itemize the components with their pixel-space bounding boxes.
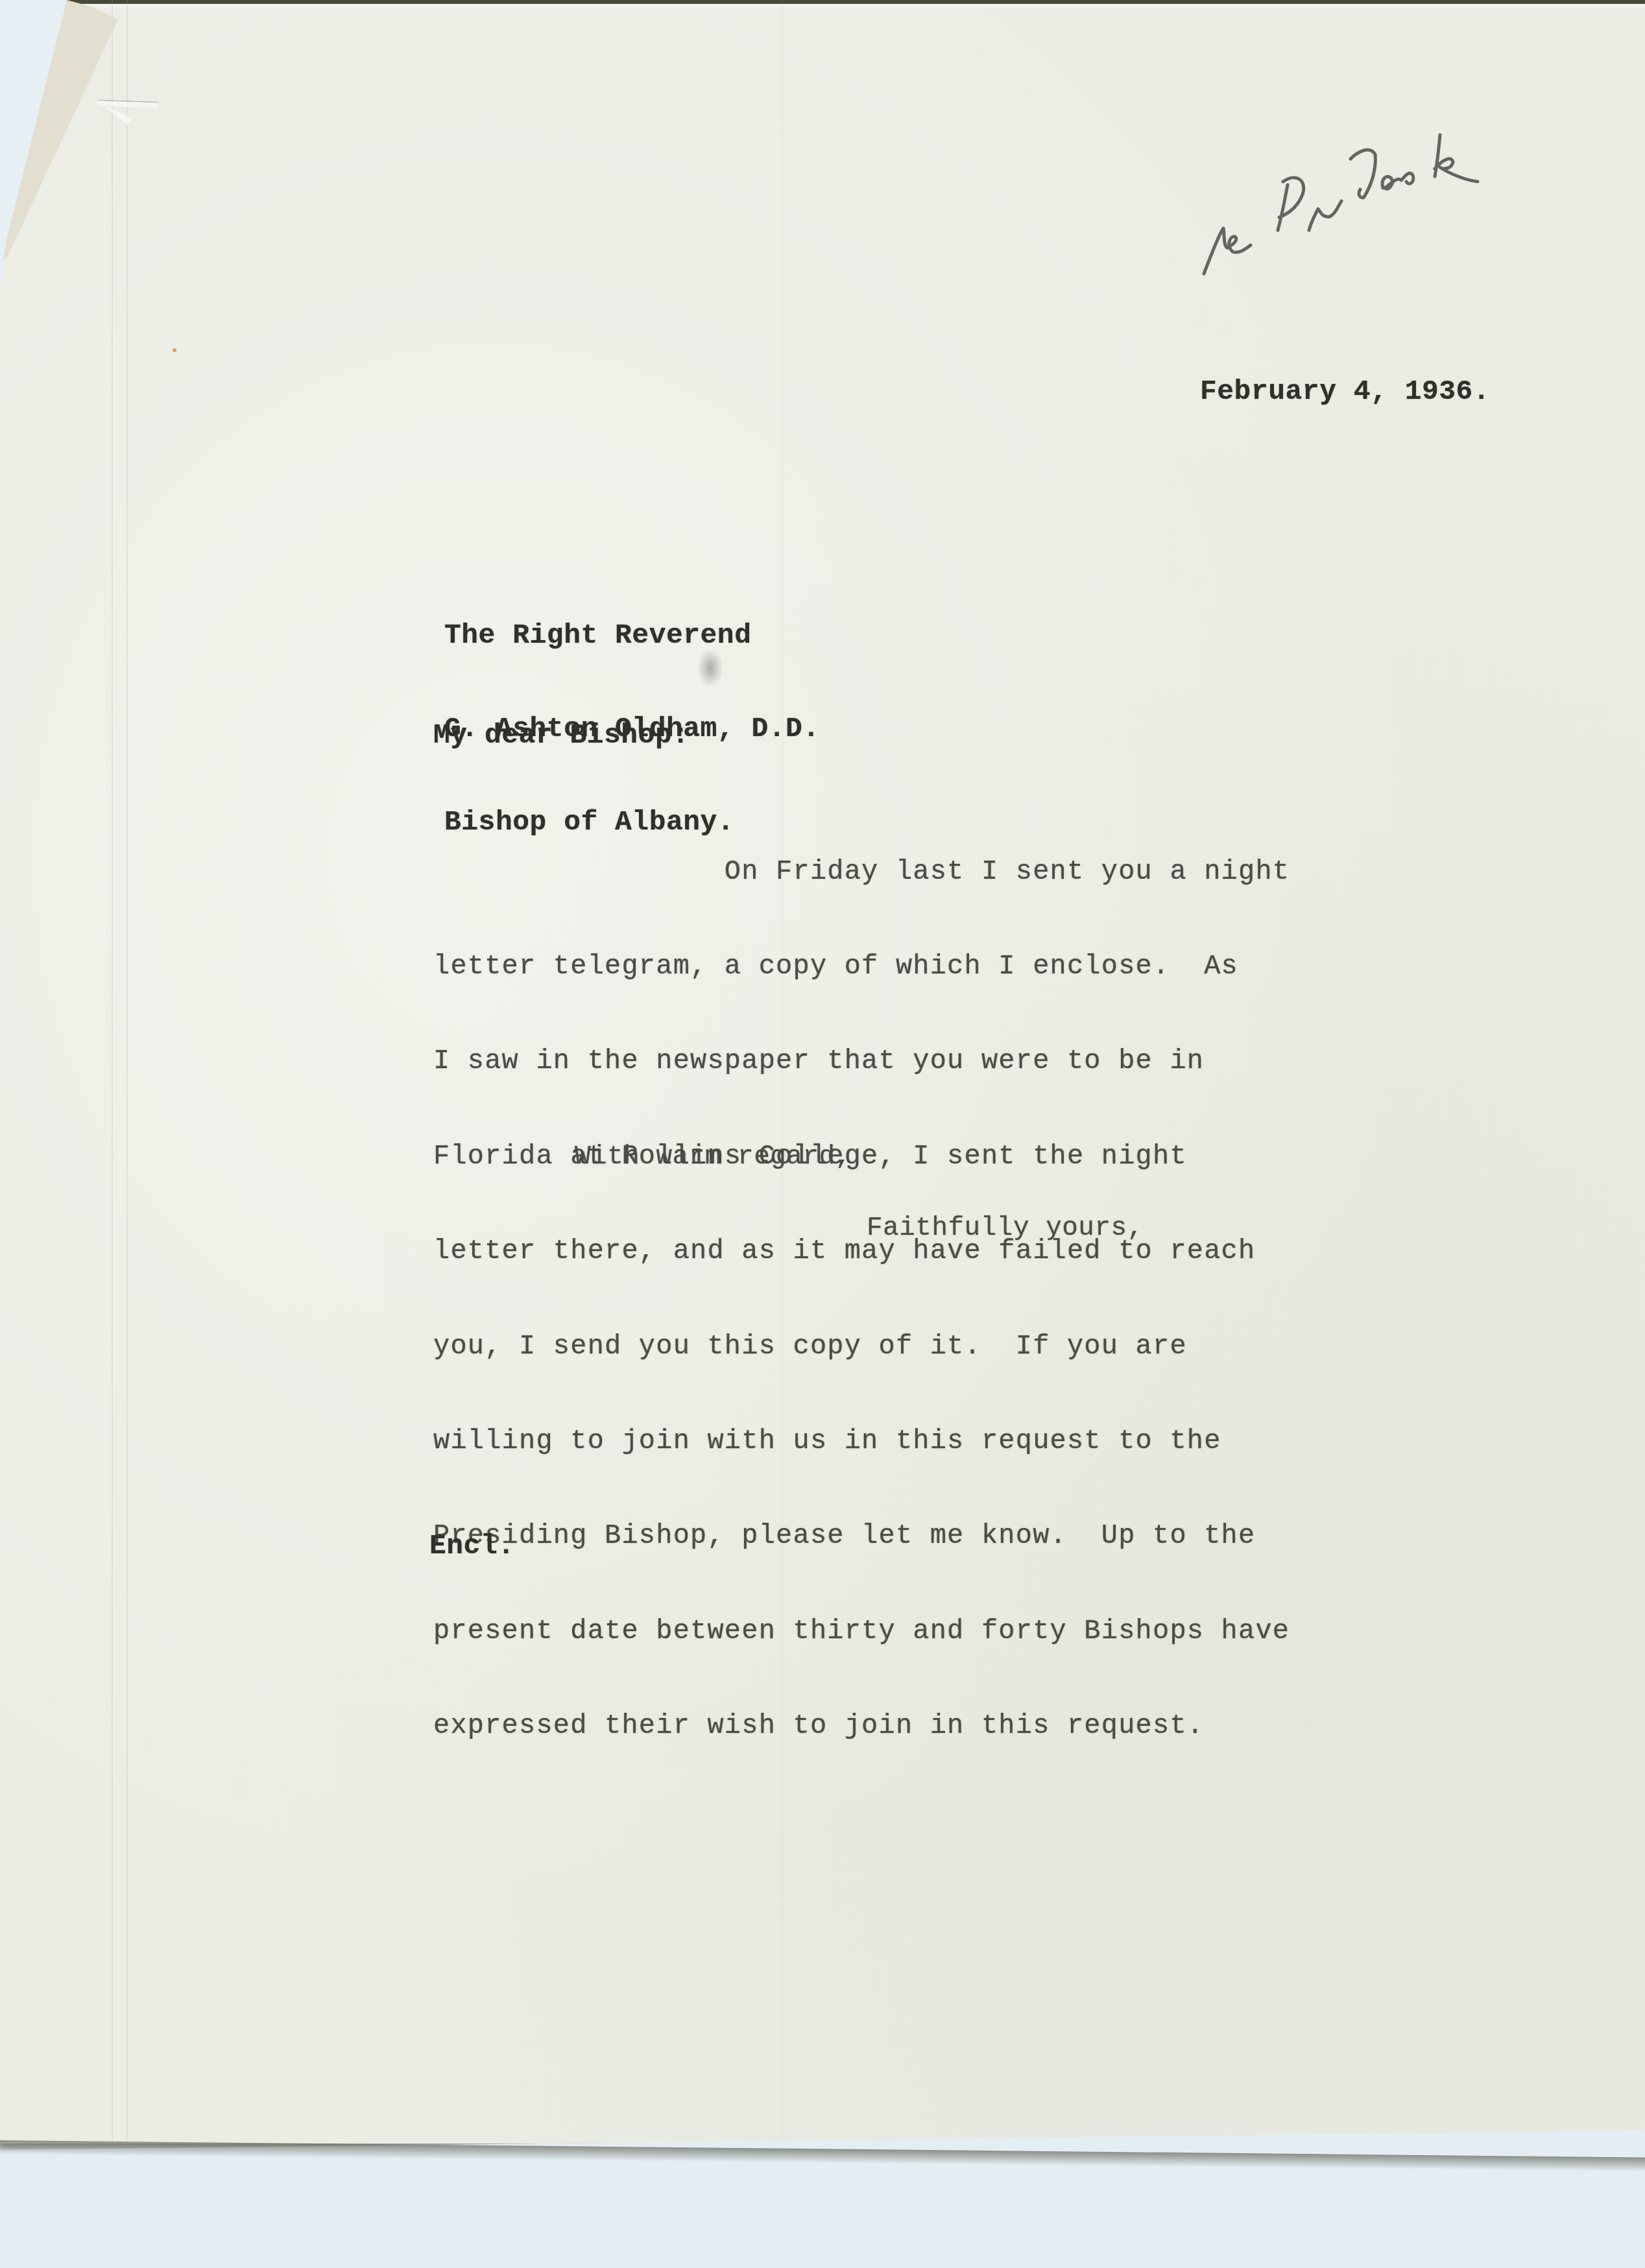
letter-body: On Friday last I sent you a night letter… xyxy=(433,793,1290,1774)
closing-line: With warm regard, xyxy=(575,1141,852,1173)
paper-top-edge-highlight xyxy=(67,4,1645,8)
body-line: letter telegram, a copy of which I enclo… xyxy=(433,951,1290,983)
handwritten-annotation xyxy=(1168,130,1531,279)
body-line: willing to join with us in this request … xyxy=(433,1426,1290,1457)
body-line: you, I send you this copy of it. If you … xyxy=(433,1331,1290,1363)
recipient-title: The Right Reverend xyxy=(444,620,820,651)
body-line: Presiding Bishop, please let me know. Up… xyxy=(433,1520,1290,1552)
letter-date: February 4, 1936. xyxy=(1200,376,1490,407)
body-line: On Friday last I sent you a night xyxy=(433,856,1290,888)
body-line: letter there, and as it may have failed … xyxy=(433,1235,1290,1267)
salutation: My dear Bishop: xyxy=(433,720,690,751)
faint-crease-line xyxy=(112,0,113,2140)
valediction: Faithfully yours, xyxy=(867,1213,1144,1244)
paper-speck xyxy=(173,348,176,352)
body-line: expressed their wish to join in this req… xyxy=(433,1710,1290,1742)
faint-crease-line xyxy=(126,0,128,2140)
body-line: I saw in the newspaper that you were to … xyxy=(433,1045,1290,1077)
pencil-annotation-icon xyxy=(1168,130,1531,279)
body-line: Florida at Rollins College, I sent the n… xyxy=(433,1141,1290,1173)
enclosure-note: Encl. xyxy=(429,1531,515,1562)
body-line: present date between thirty and forty Bi… xyxy=(433,1616,1290,1647)
